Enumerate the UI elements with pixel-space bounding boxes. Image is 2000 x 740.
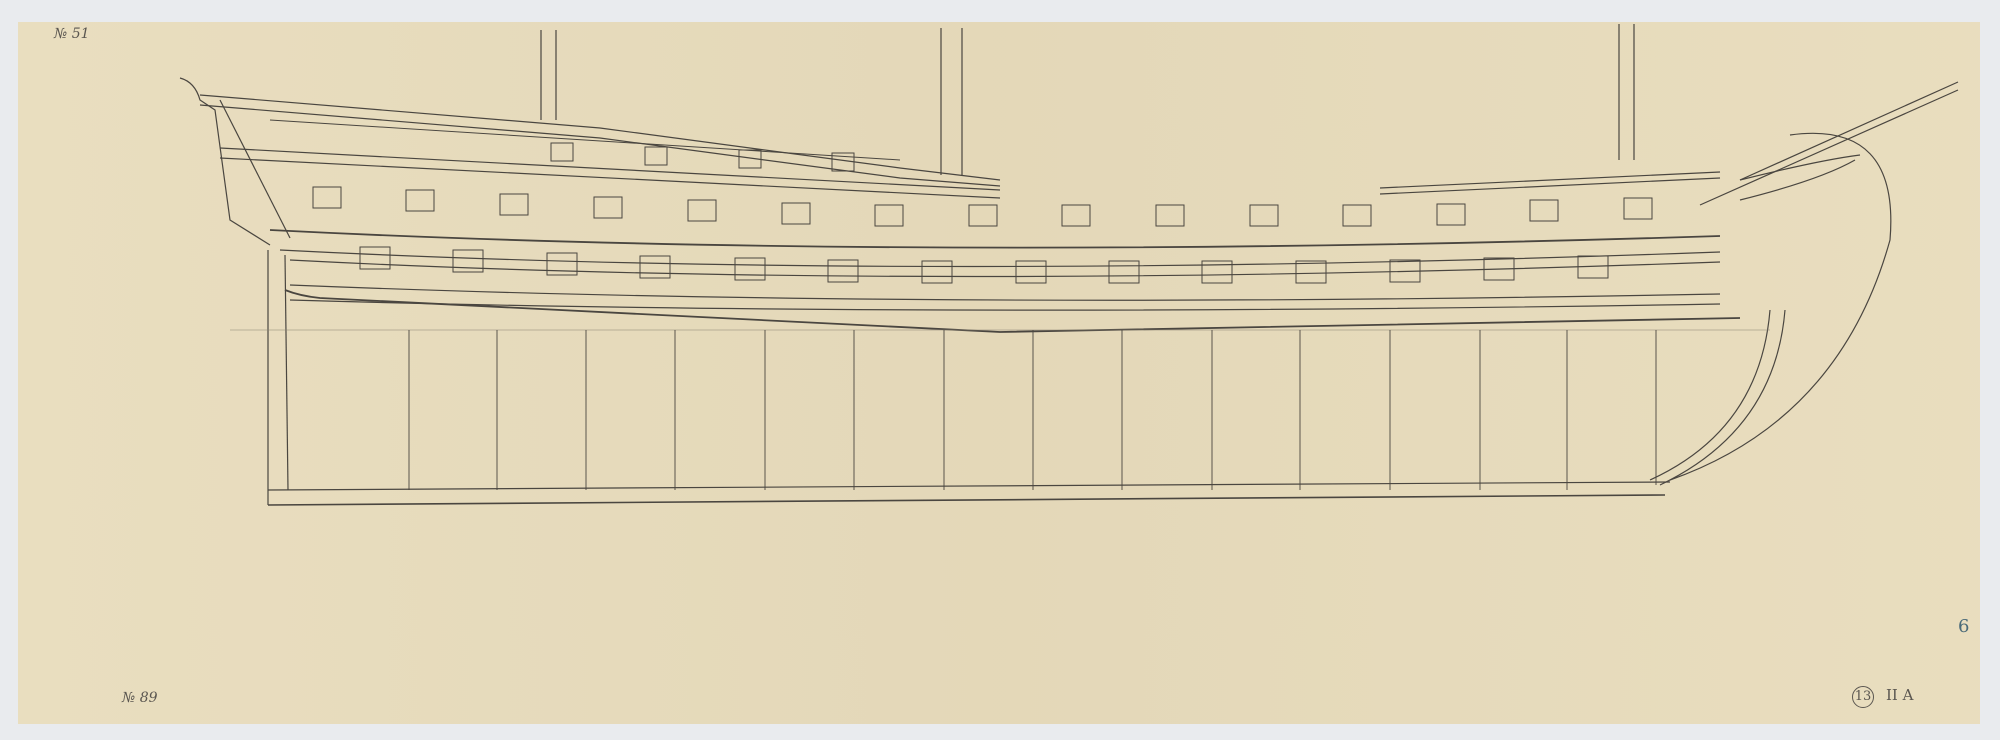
frame-lines [409,330,1656,490]
margin-number: 6 [1958,616,1969,637]
ship-drawing [0,0,2000,740]
upper-gunports [313,187,1652,226]
circled-number: 13 [1852,686,1874,708]
lower-gunports [360,247,1608,283]
class-label: II A [1886,686,1913,704]
sheet-number-top: № 51 [54,26,90,42]
sheet-number-bottom: № 89 [122,690,158,706]
